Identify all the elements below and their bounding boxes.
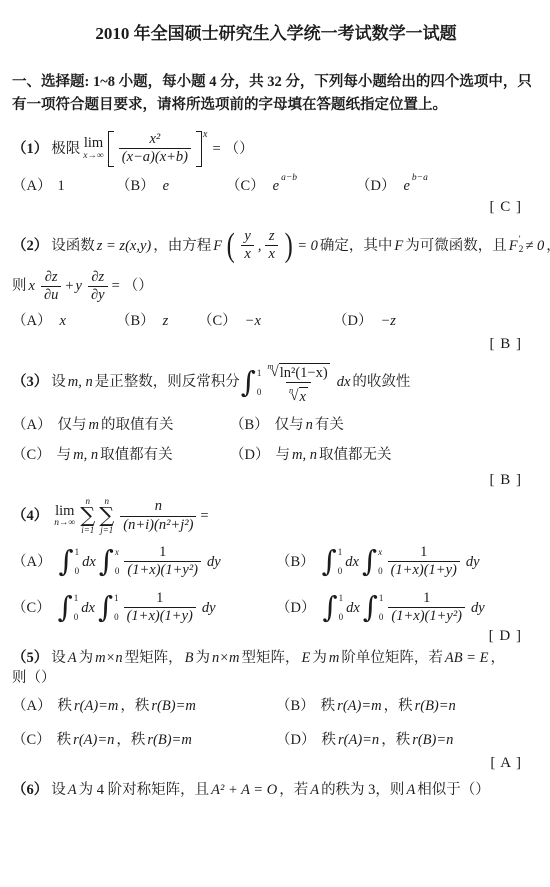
int-lower: 0	[114, 613, 119, 622]
q6-text-4: 的秩为 3，则	[321, 782, 404, 798]
q1-fraction: x² (x−a)(x+b)	[117, 131, 193, 167]
q5-a-rank2: r(B)=m	[151, 698, 195, 714]
q4-frac-num: 1	[156, 544, 169, 561]
integral-sign: ∫	[58, 547, 73, 576]
q4-dy: dy	[466, 552, 480, 572]
q4-option-c-label: （C）	[12, 598, 51, 618]
q2-frac3-num: ∂z	[42, 269, 61, 286]
right-bracket	[196, 131, 202, 167]
int-lower: 0	[75, 567, 80, 576]
q5-text-2: 为	[79, 650, 94, 666]
q3-option-b-post: 有关	[315, 417, 344, 433]
int-upper: 1	[339, 594, 344, 603]
q3-denominator-root: n √ x	[286, 382, 311, 406]
q5-d-rank1: r(A)=n	[338, 732, 379, 748]
q5-eq-ABE: AB = E	[445, 650, 489, 666]
q5-b-comma: ，	[384, 698, 399, 714]
q3-option-b-label: （B）	[230, 417, 269, 433]
q5-b-rank1: r(A)=m	[337, 698, 381, 714]
q5-text-3: 型矩阵，	[125, 650, 183, 666]
q1-denominator: (x−a)(x+b)	[119, 148, 191, 166]
question-2-stem-line1: （2） 设函数 z = z(x,y) ，由方程 F ( y x , z x ) …	[12, 228, 540, 264]
q2-var-x: x	[29, 276, 35, 296]
q3-option-b: （B）仅与n有关	[230, 415, 448, 435]
q3-option-a-var: m	[88, 417, 98, 433]
question-2-answer: [ B ]	[12, 334, 540, 355]
int-lower: 0	[338, 567, 343, 576]
q2-noteq-zero: ≠ 0	[525, 236, 544, 256]
integral-sign: ∫	[362, 547, 377, 576]
integral-sign: ∫	[99, 547, 114, 576]
q5-option-b: （B）秩r(A)=m，秩r(B)=n	[276, 696, 540, 716]
q5-var-mxn: m×n	[95, 650, 123, 666]
int-lower: 0	[379, 613, 384, 622]
q2-frac1-num: y	[241, 228, 253, 245]
q6-var-A: A	[68, 782, 77, 798]
question-5-options-row1: （A）秩r(A)=m，秩r(B)=m （B）秩r(A)=m，秩r(B)=n	[12, 696, 540, 716]
q3-option-c-label: （C）	[12, 447, 51, 463]
q2-option-a-label: （A）	[12, 313, 51, 329]
q5-text-7: 阶单位矩阵，若	[341, 650, 443, 666]
q1-option-a-value: 1	[57, 178, 64, 194]
q3-vars-mn: m, n	[68, 372, 93, 392]
q2-text-4: 为可微函数，且	[405, 236, 507, 256]
q5-c-rank2: r(B)=m	[147, 732, 191, 748]
question-6-stem: （6）设A为 4 阶对称矩阵，且A² + A = O，若A的秩为 3，则A相似于…	[12, 780, 540, 800]
page-title: 2010 年全国硕士研究生入学统一考试数学一试题	[12, 16, 540, 46]
q4-option-a-label: （A）	[12, 552, 51, 572]
q2-fraction-zx: z x	[263, 228, 279, 264]
q5-var-A: A	[68, 650, 77, 666]
q5-option-d-label: （D）	[276, 732, 315, 748]
q5-option-d: （D）秩r(A)=n，秩r(B)=n	[276, 730, 540, 750]
q5-c-rank2-word: 秩	[131, 732, 146, 748]
q5-c-rank1: r(A)=n	[73, 732, 114, 748]
q5-d-rank1-word: 秩	[321, 732, 336, 748]
q1-equals: =	[212, 139, 220, 159]
q4-frac-num: 1	[417, 544, 430, 561]
q3-option-b-pre: 仅与	[275, 417, 304, 433]
q2-option-d-value: −z	[380, 313, 395, 329]
q2-text-1: 设函数	[51, 236, 95, 256]
q1-intro: 极限	[51, 139, 80, 159]
q4-numerator: n	[152, 498, 165, 515]
q4-option-c-den: (1+x)(1+y)	[124, 607, 196, 625]
lim-subscript: n→∞	[54, 519, 75, 529]
q5-var-B: B	[185, 650, 194, 666]
q5-option-a: （A）秩r(A)=m，秩r(B)=m	[12, 696, 276, 716]
q6-text-1: 设	[51, 782, 66, 798]
question-1-options: （A）1 （B）e （C）ea−b （D）eb−a	[12, 176, 540, 196]
radicand-ln: ln²(1−x)	[279, 363, 330, 382]
q5-option-c: （C）秩r(A)=n，秩r(B)=m	[12, 730, 276, 750]
question-5-options-row2: （C）秩r(A)=n，秩r(B)=m （D）秩r(A)=n，秩r(B)=n	[12, 730, 540, 750]
q5-b-rank2-word: 秩	[398, 698, 413, 714]
q5-option-a-label: （A）	[12, 698, 51, 714]
q3-dx: dx	[337, 372, 351, 392]
q1-blank-parens: （）	[225, 139, 254, 159]
q5-a-rank1-word: 秩	[57, 698, 72, 714]
question-2-stem-line2: 则 x ∂z ∂u + y ∂z ∂y = （）	[12, 269, 540, 305]
q4-option-b: （B） ∫10 dx ∫x0 1(1+x)(1+y) dy	[276, 544, 540, 580]
q2-F-2: F	[394, 236, 403, 256]
q5-text-4: 为	[195, 650, 210, 666]
big-left-paren: (	[227, 229, 235, 263]
q5-d-comma: ，	[381, 732, 396, 748]
q2-frac2-den: x	[265, 245, 277, 263]
exam-page: 2010 年全国硕士研究生入学统一考试数学一试题 一、选择题: 1~8 小题，每…	[0, 0, 550, 887]
q2-frac4-den: ∂y	[88, 286, 108, 304]
q3-number: （3）	[12, 372, 48, 392]
q2-option-a: （A）x	[12, 311, 116, 331]
question-3-options-row1: （A）仅与m的取值有关 （B）仅与n有关	[12, 415, 540, 435]
sum-j-lower: j=1	[100, 526, 113, 535]
q4-limit-operator: lim n→∞	[54, 504, 75, 529]
q3-fraction: m √ ln²(1−x) n √ x	[264, 359, 332, 407]
question-4-answer: [ D ]	[12, 626, 540, 647]
root-index-n: n	[289, 385, 293, 395]
q3-int-upper: 1	[257, 369, 262, 378]
q2-option-d: （D）−z	[333, 311, 398, 331]
q2-partial-frac-1: ∂z ∂u	[39, 269, 63, 305]
q4-dy: dy	[202, 598, 216, 618]
q4-option-d: （D） ∫10 dx ∫10 1(1+x)(1+y²) dy	[276, 590, 540, 626]
left-bracket	[108, 131, 114, 167]
q2-F2-base: F	[509, 236, 518, 256]
q1-option-c-label: （C）	[226, 178, 265, 194]
q2-text-3: 确定，其中	[320, 236, 393, 256]
q1-option-c-exponent: a−b	[281, 173, 297, 183]
q2-option-c-value: −x	[245, 313, 261, 329]
integral-sign: ∫	[322, 593, 337, 622]
q2-comma: ,	[258, 236, 262, 256]
q1-option-a: （A）1	[12, 176, 116, 196]
q2-F2-subsup: ′ 2	[519, 236, 524, 256]
q1-number: （1）	[12, 139, 48, 159]
lim-word: lim	[84, 136, 103, 151]
question-5-stem: （5）设A为m×n型矩阵，B为n×m型矩阵，E为m阶单位矩阵，若AB = E， …	[12, 648, 540, 689]
q3-option-d: （D）与m, n取值都无关	[230, 445, 448, 465]
q1-option-b-value: e	[163, 178, 169, 194]
integral-sign: ∫	[241, 368, 256, 397]
integral-sign: ∫	[98, 593, 113, 622]
question-4-options-row1: （A） ∫10 dx ∫x0 1(1+x)(1+y²) dy （B） ∫10 d…	[12, 544, 540, 580]
int-lower: 0	[115, 567, 120, 576]
q5-number: （5）	[12, 650, 48, 666]
q5-d-rank2-word: 秩	[396, 732, 411, 748]
q4-option-a: （A） ∫10 dx ∫x0 1(1+x)(1+y²) dy	[12, 544, 276, 580]
q2-frac3-den: ∂u	[41, 286, 61, 304]
int-lower: 0	[378, 567, 383, 576]
q4-dy: dy	[207, 552, 221, 572]
q1-option-b: （B）e	[116, 176, 226, 196]
q5-b-rank2: r(B)=n	[415, 698, 456, 714]
q1-bracket-power: x	[203, 128, 207, 142]
big-right-paren: )	[285, 229, 293, 263]
q3-option-a-post: 的取值有关	[101, 417, 174, 433]
int-lower: 0	[74, 613, 79, 622]
q3-option-d-pre: 与	[275, 447, 290, 463]
q2-text-6: 则	[12, 276, 27, 296]
q4-frac-num: 1	[153, 590, 166, 607]
q3-text-1: 设	[51, 372, 66, 392]
integral-sign: ∫	[322, 547, 337, 576]
q4-equals: =	[200, 506, 208, 526]
q2-partial-frac-2: ∂z ∂y	[86, 269, 110, 305]
q3-option-b-var: n	[306, 417, 313, 433]
int-upper: 1	[379, 594, 384, 603]
q2-fraction-yx: y x	[239, 228, 255, 264]
q4-frac-num: 1	[420, 590, 433, 607]
q2-option-d-label: （D）	[333, 313, 372, 329]
integral-sign: ∫	[363, 593, 378, 622]
sigma-sign: ∑	[99, 506, 114, 526]
question-4-stem: （4） lim n→∞ n ∑ i=1 n ∑ j=1 n (n+i)(n²+j…	[12, 497, 540, 535]
q1-option-d-exponent: b−a	[412, 173, 428, 183]
q3-integral-limits: 1 0	[257, 369, 262, 397]
q5-d-rank2: r(B)=n	[412, 732, 453, 748]
integral-sign: ∫	[58, 593, 73, 622]
int-upper: x	[378, 548, 383, 557]
q2-text-5: ，	[546, 236, 550, 256]
q3-option-c-pre: 与	[57, 447, 72, 463]
q1-option-d: （D）eb−a	[356, 176, 428, 196]
q4-dx: dx	[346, 598, 360, 618]
q3-option-d-label: （D）	[230, 447, 269, 463]
q5-text-8: ，	[490, 650, 505, 666]
q5-c-rank1-word: 秩	[57, 732, 72, 748]
q4-fraction: n (n+i)(n²+j²)	[118, 498, 198, 534]
q3-option-c-var: m, n	[73, 447, 98, 463]
q2-equals: =	[112, 276, 120, 296]
q3-text-3: 的收敛性	[352, 372, 410, 392]
q6-equation: A² + A = O	[211, 782, 277, 798]
q2-option-b-value: z	[163, 313, 169, 329]
q5-text-1: 设	[51, 650, 66, 666]
q5-var-m: m	[329, 650, 339, 666]
q3-option-c-post: 取值都有关	[100, 447, 173, 463]
q5-a-rank2-word: 秩	[135, 698, 150, 714]
question-3-answer: [ B ]	[12, 470, 540, 491]
q1-option-d-label: （D）	[356, 178, 395, 194]
q4-dx: dx	[81, 598, 95, 618]
q4-option-c: （C） ∫10 dx ∫10 1(1+x)(1+y) dy	[12, 590, 276, 626]
q5-var-nxm: n×m	[212, 650, 240, 666]
q4-option-d-label: （D）	[276, 598, 315, 618]
q6-text-3: ，若	[279, 782, 308, 798]
q2-option-b: （B）z	[116, 311, 198, 331]
q4-option-b-den: (1+x)(1+y)	[388, 561, 460, 579]
q2-F: F	[213, 236, 222, 256]
q6-number: （6）	[12, 782, 48, 798]
q4-sum-j: n ∑ j=1	[99, 497, 114, 535]
q4-dy: dy	[471, 598, 485, 618]
radicand-x: x	[299, 387, 308, 406]
q3-option-a-label: （A）	[12, 417, 51, 433]
q2-var-y: y	[76, 276, 82, 296]
sigma-sign: ∑	[80, 506, 95, 526]
q4-dx: dx	[82, 552, 96, 572]
q2-option-a-value: x	[59, 313, 65, 329]
q4-option-b-label: （B）	[276, 552, 315, 572]
q2-option-c: （C）−x	[198, 311, 333, 331]
q5-then-blank: 则（）	[12, 668, 540, 688]
int-upper: 1	[114, 594, 119, 603]
q6-text-5: 相似于（）	[417, 782, 490, 798]
q4-number: （4）	[12, 506, 48, 526]
lim-word: lim	[55, 504, 74, 519]
q3-option-c: （C）与m, n取值都有关	[12, 445, 230, 465]
q6-text-2: 为 4 阶对称矩阵，且	[79, 782, 210, 798]
q3-option-a-pre: 仅与	[57, 417, 86, 433]
q3-option-d-var: m, n	[292, 447, 317, 463]
q2-option-c-label: （C）	[198, 313, 237, 329]
q1-option-c: （C）ea−b	[226, 176, 356, 196]
q3-option-a: （A）仅与m的取值有关	[12, 415, 230, 435]
q5-option-c-label: （C）	[12, 732, 51, 748]
q2-equals-zero: = 0	[297, 236, 318, 256]
q5-option-b-label: （B）	[276, 698, 315, 714]
question-1-answer: [ C ]	[12, 197, 540, 218]
q2-option-b-label: （B）	[116, 313, 155, 329]
int-upper: 1	[338, 548, 343, 557]
question-3-options-row2: （C）与m, n取值都有关 （D）与m, n取值都无关	[12, 445, 540, 465]
q1-numerator: x²	[146, 131, 163, 148]
question-2-options: （A）x （B）z （C）−x （D）−z	[12, 311, 540, 331]
root-index-m: m	[267, 361, 273, 371]
q5-c-comma: ，	[116, 732, 131, 748]
q2-plus: +	[65, 276, 73, 296]
q2-frac4-num: ∂z	[88, 269, 107, 286]
sum-i-lower: i=1	[81, 526, 94, 535]
limit-operator: lim x→∞	[83, 136, 104, 161]
q3-text-2: 是正整数，则反常积分	[95, 372, 240, 392]
q5-var-E: E	[302, 650, 311, 666]
q3-option-d-post: 取值都无关	[319, 447, 392, 463]
q1-option-d-base: e	[403, 178, 409, 194]
q4-option-a-den: (1+x)(1+y²)	[124, 561, 201, 579]
q5-b-rank1-word: 秩	[321, 698, 336, 714]
question-4-options-row2: （C） ∫10 dx ∫10 1(1+x)(1+y) dy （D） ∫10 dx…	[12, 590, 540, 626]
q6-var-A3: A	[406, 782, 415, 798]
m-th-root: m √ ln²(1−x)	[267, 363, 329, 382]
q6-var-A2: A	[310, 782, 319, 798]
q5-text-6: 为	[312, 650, 327, 666]
q5-a-rank1: r(A)=m	[74, 698, 118, 714]
q4-denominator: (n+i)(n²+j²)	[120, 516, 196, 534]
section-instructions: 一、选择题: 1~8 小题，每小题 4 分，共 32 分，下列每小题给出的四个选…	[12, 71, 540, 118]
q2-equation-z: z = z(x,y)	[97, 236, 151, 256]
q2-frac1-den: x	[241, 245, 253, 263]
q1-option-a-label: （A）	[12, 178, 51, 194]
int-upper: x	[115, 548, 120, 557]
lim-subscript: x→∞	[83, 152, 104, 162]
q4-sum-i: n ∑ i=1	[80, 497, 95, 535]
q3-int-lower: 0	[257, 388, 262, 397]
q2-F2-subscript: 2	[519, 246, 524, 256]
int-upper: 1	[74, 594, 79, 603]
question-5-answer: [ A ]	[12, 753, 540, 774]
q1-option-b-label: （B）	[116, 178, 155, 194]
int-upper: 1	[75, 548, 80, 557]
question-3-stem: （3） 设 m, n 是正整数，则反常积分 ∫ 1 0 m √ ln²(1−x)…	[12, 359, 540, 407]
question-1-stem: （1） 极限 lim x→∞ x² (x−a)(x+b) x = （）	[12, 131, 540, 167]
int-lower: 0	[339, 613, 344, 622]
q3-integral: ∫ 1 0	[241, 368, 262, 397]
q3-numerator-root: m √ ln²(1−x)	[264, 359, 332, 382]
q2-blank-parens: （）	[124, 276, 153, 296]
q4-dx: dx	[345, 552, 359, 572]
q2-text-2: ，由方程	[153, 236, 211, 256]
q1-option-c-base: e	[273, 178, 279, 194]
q4-option-d-den: (1+x)(1+y²)	[388, 607, 465, 625]
n-th-root: n √ x	[289, 387, 308, 406]
q5-text-5: 型矩阵，	[242, 650, 300, 666]
q2-number: （2）	[12, 236, 48, 256]
q5-a-comma: ，	[120, 698, 135, 714]
q2-frac2-num: z	[266, 228, 278, 245]
